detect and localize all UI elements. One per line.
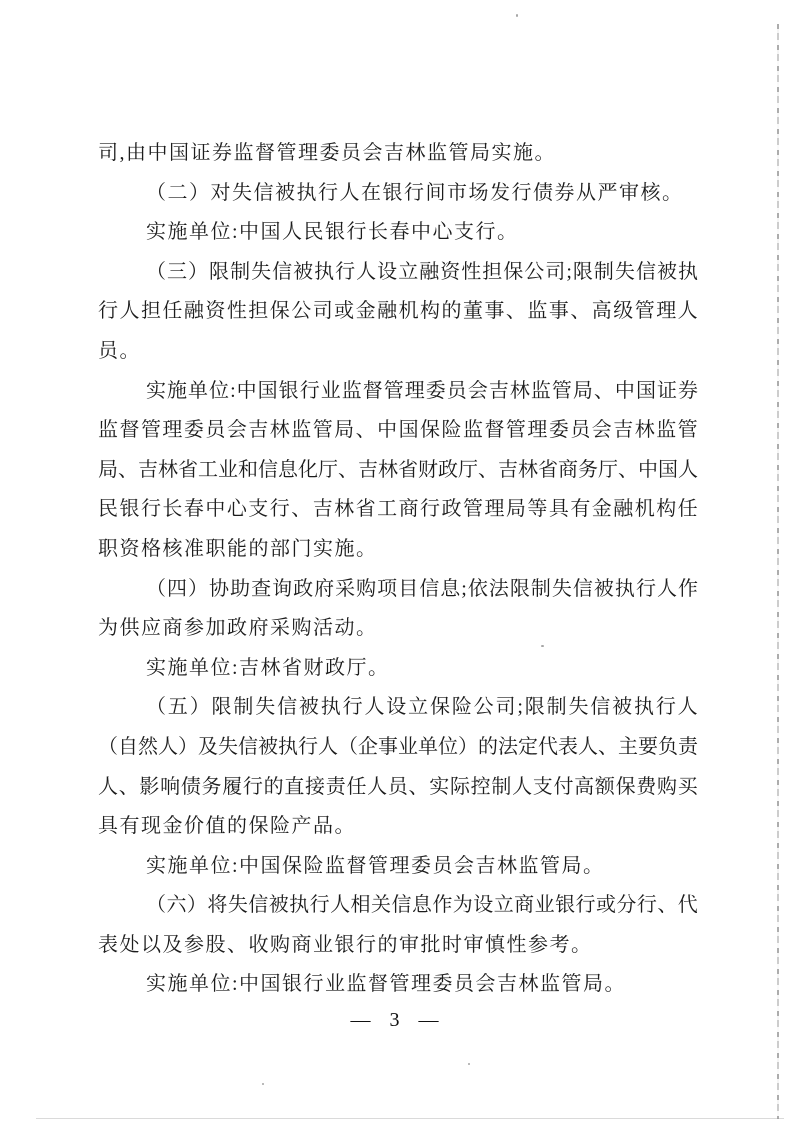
text-line: （五）限制失信被执行人设立保险公司;限制失信被执行人 [98,688,698,728]
text-line: （二）对失信被执行人在银行间市场发行债券从严审核。 [98,174,698,214]
document-page: 司,由中国证券监督管理委员会吉林监管局实施。（二）对失信被执行人在银行间市场发行… [0,0,793,1122]
scan-artifact-bottom-edge [36,1118,784,1119]
text-line: 监督管理委员会吉林监管局、中国保险监督管理委员会吉林监管 [98,411,698,451]
scan-speck [516,14,518,17]
text-line: （六）将失信被执行人相关信息作为设立商业银行或分行、代 [98,886,698,926]
text-line: 职资格核准职能的部门实施。 [98,530,698,570]
document-body: 司,由中国证券监督管理委员会吉林监管局实施。（二）对失信被执行人在银行间市场发行… [98,134,698,1005]
text-line: 民银行长春中心支行、吉林省工商行政管理局等具有金融机构任 [98,490,698,530]
text-line: 实施单位:中国人民银行长春中心支行。 [98,213,698,253]
text-line: （三）限制失信被执行人设立融资性担保公司;限制失信被执 [98,253,698,293]
text-line: 行人担任融资性担保公司或金融机构的董事、监事、高级管理人 [98,292,698,332]
text-line: 实施单位:中国银行业监督管理委员会吉林监管局、中国证券 [98,372,698,412]
scan-speck [541,645,544,647]
text-line: 司,由中国证券监督管理委员会吉林监管局实施。 [98,134,698,174]
text-line: 实施单位:吉林省财政厅。 [98,649,698,689]
text-line: 局、吉林省工业和信息化厅、吉林省财政厅、吉林省商务厅、中国人 [98,451,698,491]
text-line: 表处以及参股、收购商业银行的审批时审慎性参考。 [98,926,698,966]
text-line: 实施单位:中国保险监督管理委员会吉林监管局。 [98,847,698,887]
scan-artifact-right-edge [777,24,779,1119]
text-line: 人、影响债务履行的直接责任人员、实际控制人支付高额保费购买 [98,768,698,808]
text-line: 为供应商参加政府采购活动。 [98,609,698,649]
scan-speck [262,1083,264,1085]
scan-speck [468,1063,470,1065]
text-line: （自然人）及失信被执行人（企事业单位）的法定代表人、主要负责 [98,728,698,768]
text-line: 实施单位:中国银行业监督管理委员会吉林监管局。 [98,965,698,1005]
text-line: （四）协助查询政府采购项目信息;依法限制失信被执行人作 [98,570,698,610]
text-line: 具有现金价值的保险产品。 [98,807,698,847]
page-number: — 3 — [98,1003,698,1037]
text-line: 员。 [98,332,698,372]
